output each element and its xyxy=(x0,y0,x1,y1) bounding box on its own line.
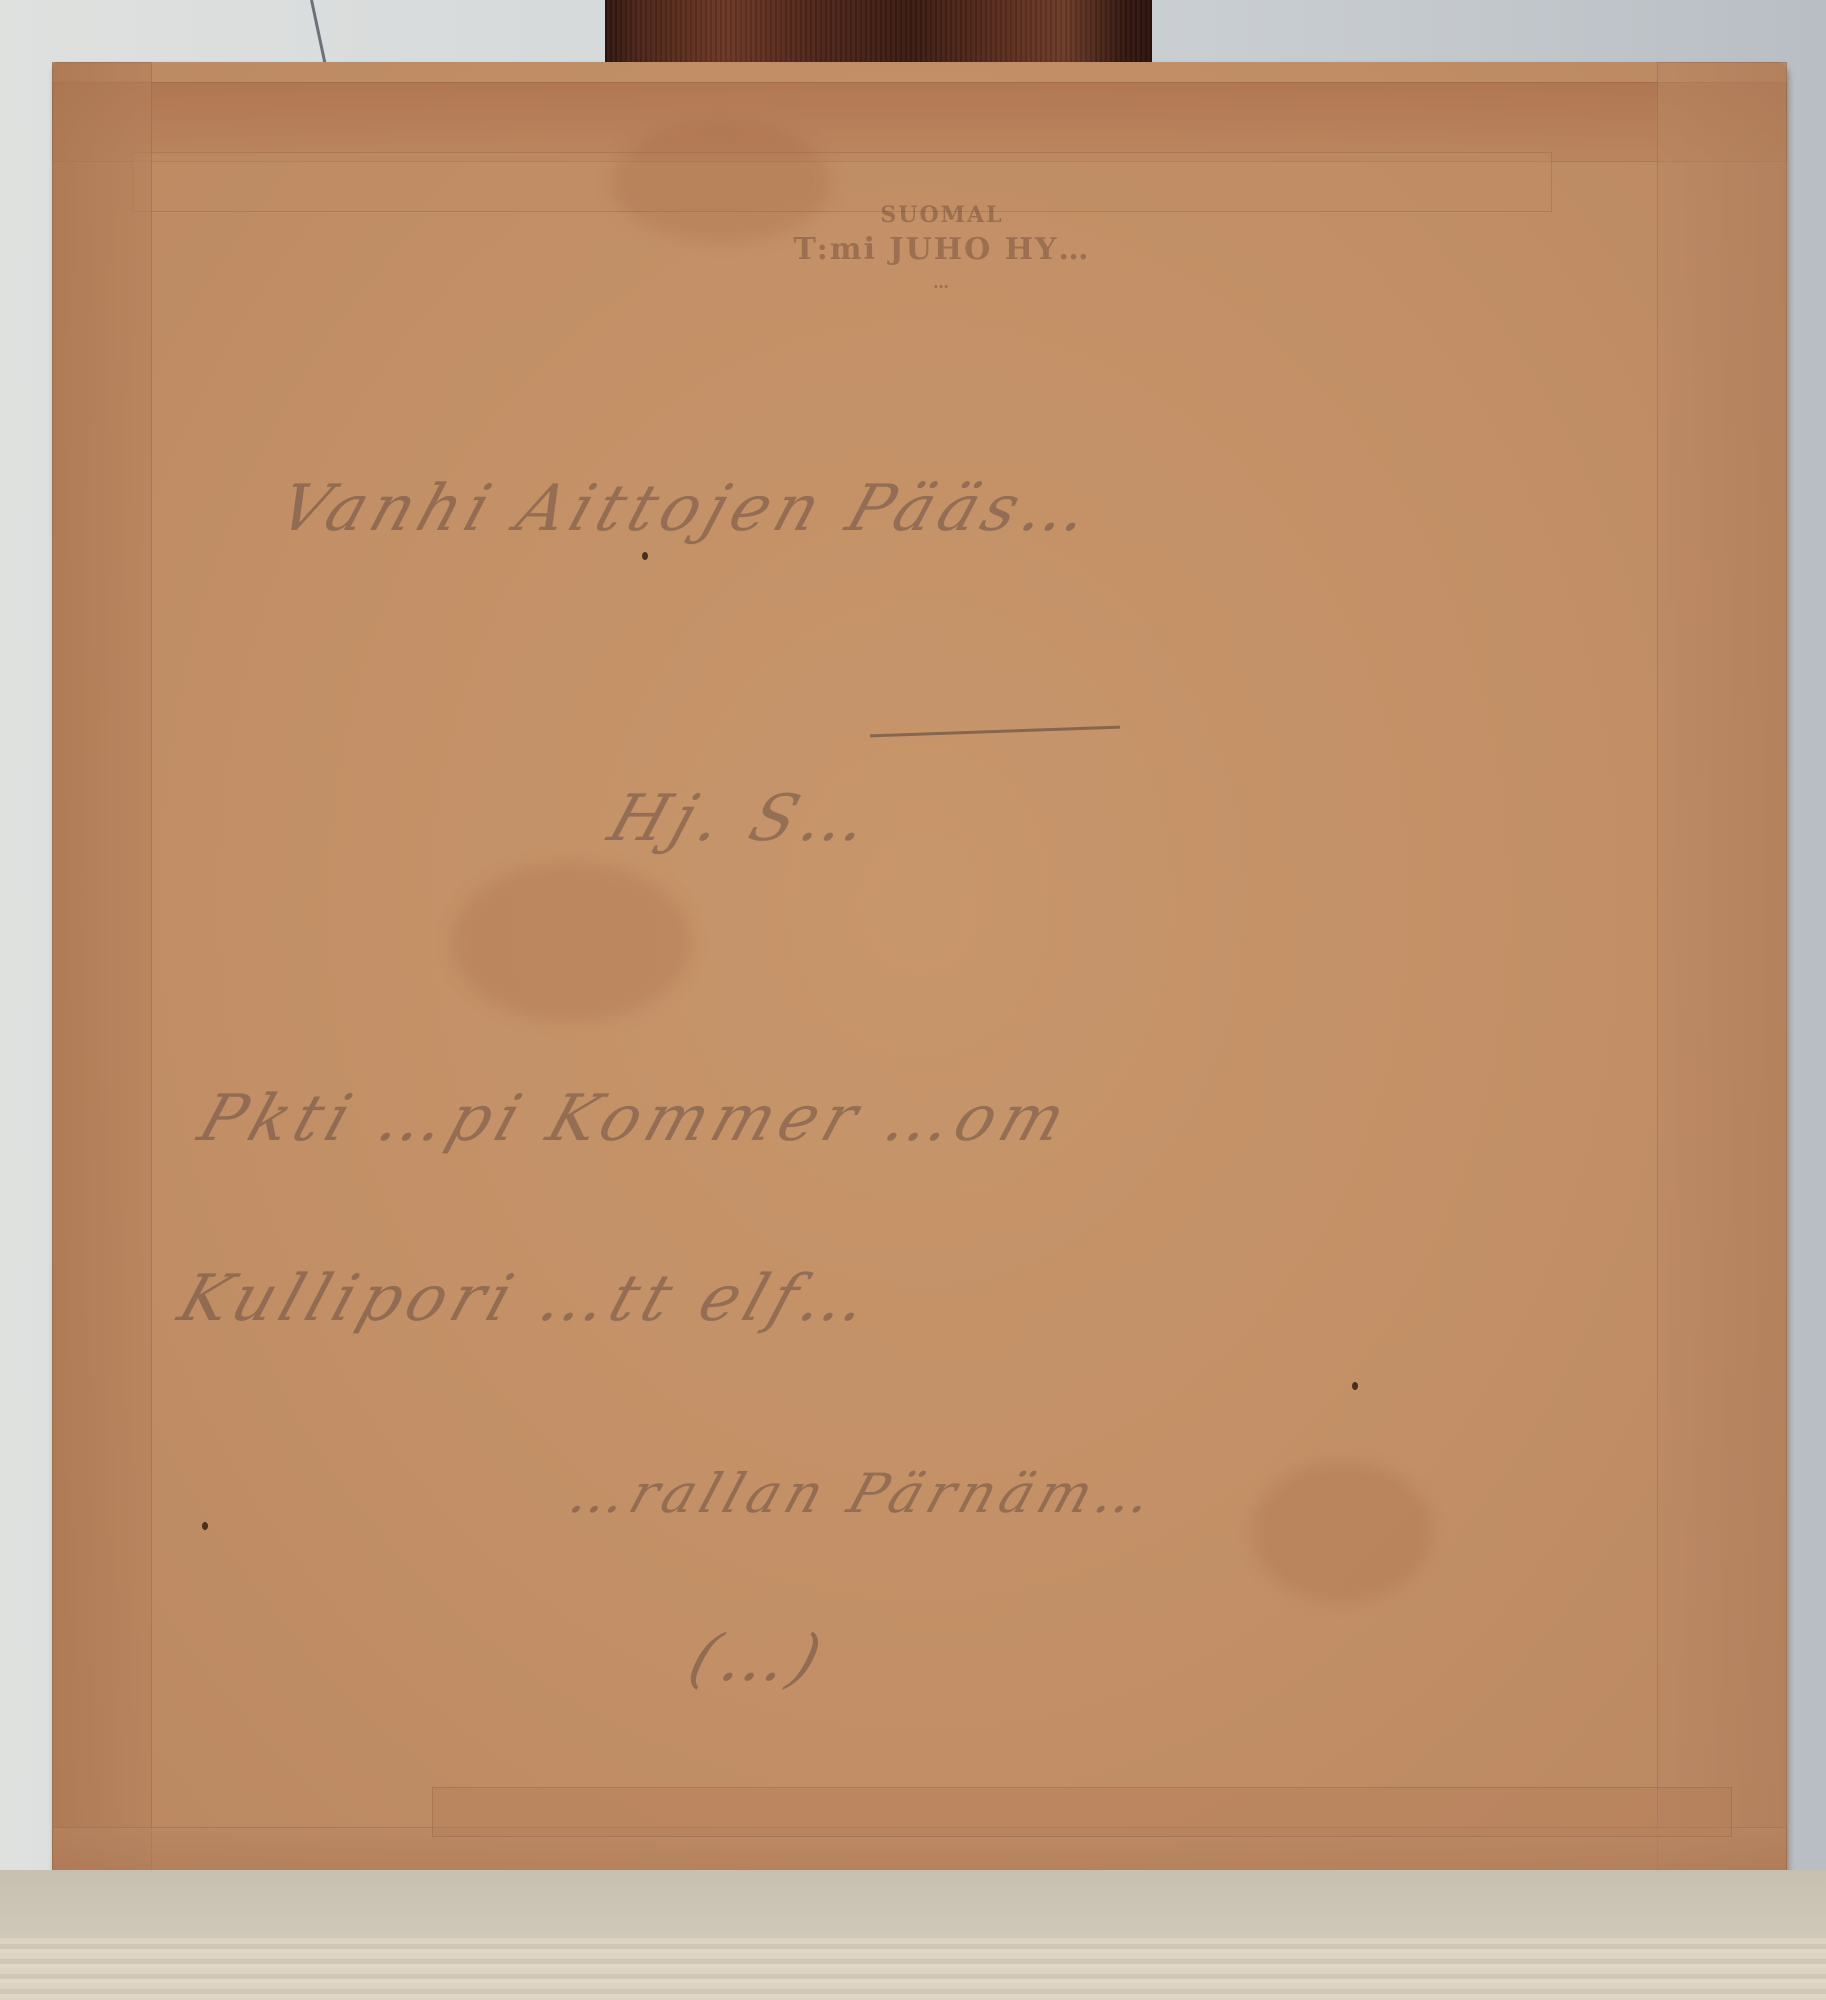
tape-strip-bottom-inner xyxy=(432,1787,1732,1837)
artwork-backing-board: SUOMAL T:mi JUHO HY… … Vanhi Aittojen Pä… xyxy=(52,62,1787,1927)
speck xyxy=(1352,1382,1358,1390)
tape-strip-left xyxy=(52,62,152,1927)
stamp-line-3: … xyxy=(732,273,1152,292)
pencil-inscription: Vanhi Aittojen Pääs… xyxy=(270,472,1105,546)
speck xyxy=(642,552,648,560)
stamp-line-2: T:mi JUHO HY… xyxy=(732,232,1152,267)
pencil-inscription: Kullipori …tt elf… xyxy=(170,1262,884,1336)
pencil-inscription: Hj. S… xyxy=(600,782,884,856)
shelf-front xyxy=(0,1938,1826,2000)
pencil-inscription: Pkti …pi Kommer …om xyxy=(190,1082,1080,1156)
pencil-inscription: (…) xyxy=(680,1622,836,1696)
speck xyxy=(202,1522,208,1530)
tape-strip-right xyxy=(1657,62,1787,1927)
tape-strip-top xyxy=(52,82,1787,162)
stain xyxy=(452,862,692,1022)
stamp-line-1: SUOMAL xyxy=(732,202,1152,228)
pencil-underline xyxy=(870,726,1120,738)
shelf-top xyxy=(0,1870,1826,1938)
pencil-inscription: …rallan Pärnäm… xyxy=(562,1462,1167,1525)
stain xyxy=(1252,1462,1432,1602)
hanging-wire xyxy=(310,0,327,69)
dealer-stamp: SUOMAL T:mi JUHO HY… … xyxy=(732,202,1152,292)
